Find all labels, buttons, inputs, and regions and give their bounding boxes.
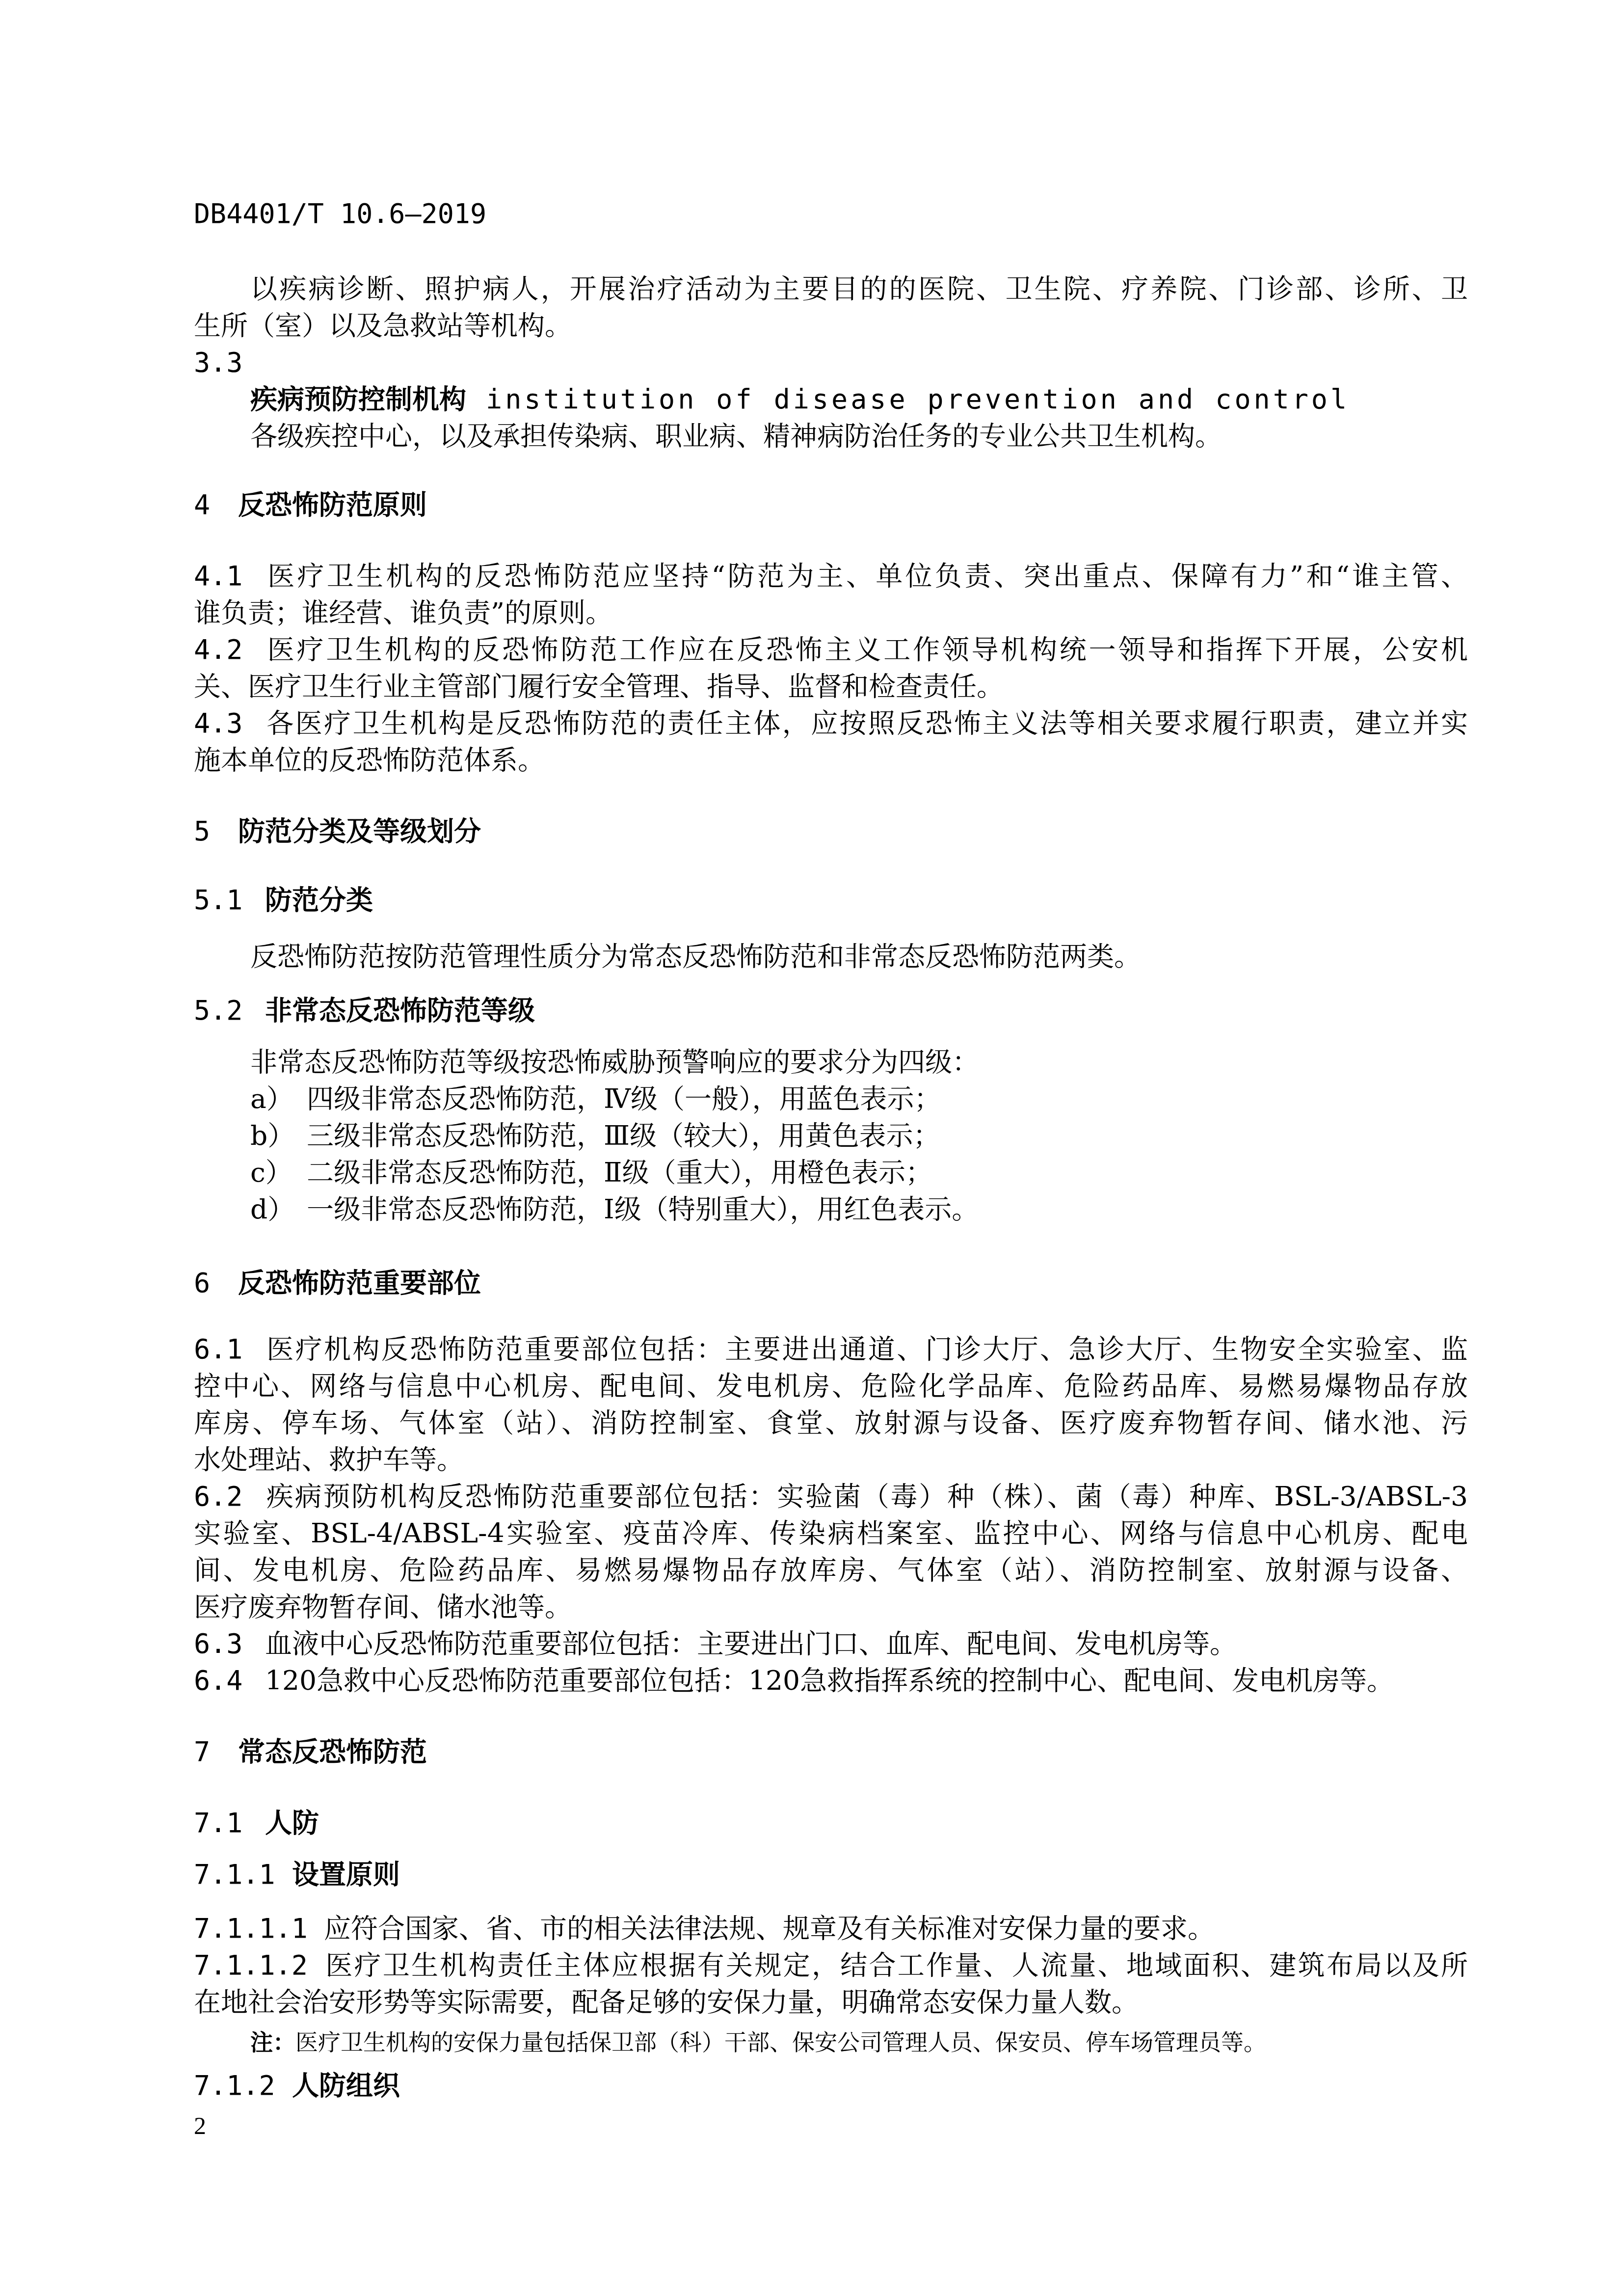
term-chinese: 疾病预防控制机构 xyxy=(250,383,466,415)
paragraph-line: 库房、停车场、气体室（站）、消防控制室、食堂、放射源与设备、医疗废弃物暂存间、储… xyxy=(194,1408,1468,1437)
paragraph-line: 实验室、BSL-4/ABSL-4实验室、疫苗冷库、传染病档案室、监控中心、网络与… xyxy=(194,1518,1468,1548)
page-number: 2 xyxy=(194,2111,1468,2140)
paragraph-line: 关、医疗卫生行业主管部门履行安全管理、指导、监督和检查责任。 xyxy=(194,672,1468,701)
subsection-heading-7-1-2: 7.1.2人防组织 xyxy=(194,2071,1468,2100)
subsection-heading-7-1-1: 7.1.1设置原则 xyxy=(194,1860,1468,1889)
clause-7-1-1-1: 7.1.1.1应符合国家、省、市的相关法律法规、规章及有关标准对安保力量的要求。 xyxy=(194,1914,1468,1943)
note-label: 注： xyxy=(250,2029,295,2055)
term-definition: 各级疾控中心，以及承担传染病、职业病、精神病防治任务的专业公共卫生机构。 xyxy=(250,421,1468,451)
clause-4-1: 4.1医疗卫生机构的反恐怖防范应坚持“防范为主、单位负责、突出重点、保障有力”和… xyxy=(194,561,1468,591)
subsection-heading-5-1: 5.1防范分类 xyxy=(194,885,1468,915)
clause-6-3: 6.3血液中心反恐怖防范重要部位包括：主要进出门口、血库、配电间、发电机房等。 xyxy=(194,1629,1468,1658)
term-english: institution of disease prevention and co… xyxy=(486,383,1350,415)
clause-6-1: 6.1医疗机构反恐怖防范重要部位包括：主要进出通道、门诊大厅、急诊大厅、生物安全… xyxy=(194,1334,1468,1364)
clause-number: 3.3 xyxy=(194,348,1468,377)
subsection-heading-7-1: 7.1人防 xyxy=(194,1808,1468,1837)
list-item: a）四级非常态反恐怖防范，Ⅳ级（一般），用蓝色表示； xyxy=(250,1084,1379,1113)
paragraph-line: 间、发电机房、危险药品库、易燃易爆物品存放库房、气体室（站）、消防控制室、放射源… xyxy=(194,1555,1468,1585)
section-heading-5: 5防范分类及等级划分 xyxy=(194,816,1468,846)
list-item: d）一级非常态反恐怖防范，Ⅰ级（特别重大），用红色表示。 xyxy=(250,1194,1379,1224)
clause-7-1-1-2: 7.1.1.2医疗卫生机构责任主体应根据有关规定，结合工作量、人流量、地域面积、… xyxy=(194,1950,1468,1980)
document-code: DB4401/T 10.6—2019 xyxy=(194,199,1468,228)
list-item: c）二级非常态反恐怖防范，Ⅱ级（重大），用橙色表示； xyxy=(250,1158,1379,1187)
clause-6-2: 6.2疾病预防机构反恐怖防范重要部位包括：实验菌（毒）种（株）、菌（毒）种库、B… xyxy=(194,1482,1468,1511)
clause-4-2: 4.2医疗卫生机构的反恐怖防范工作应在反恐怖主义工作领导机构统一领导和指挥下开展… xyxy=(194,635,1468,664)
paragraph-line: 反恐怖防范按防范管理性质分为常态反恐怖防范和非常态反恐怖防范两类。 xyxy=(250,942,1468,971)
subsection-heading-5-2: 5.2非常态反恐怖防范等级 xyxy=(194,996,1468,1025)
list-item: b）三级非常态反恐怖防范，Ⅲ级（较大），用黄色表示； xyxy=(250,1121,1379,1150)
clause-6-4: 6.4120急救中心反恐怖防范重要部位包括：120急救指挥系统的控制中心、配电间… xyxy=(194,1666,1468,1695)
paragraph-line: 生所（室）以及急救站等机构。 xyxy=(194,311,1468,340)
paragraph-line: 谁负责；谁经营、谁负责”的原则。 xyxy=(194,598,1468,627)
section-heading-6: 6反恐怖防范重要部位 xyxy=(194,1268,1468,1297)
paragraph-line: 水处理站、救护车等。 xyxy=(194,1445,1468,1474)
paragraph-line: 在地社会治安形势等实际需要，配备足够的安保力量，明确常态安保力量人数。 xyxy=(194,1987,1468,2017)
paragraph-line: 非常态反恐怖防范等级按恐怖威胁预警响应的要求分为四级： xyxy=(250,1047,1468,1077)
paragraph-line: 医疗废弃物暂存间、储水池等。 xyxy=(194,1592,1468,1621)
paragraph-line: 以疾病诊断、照护病人，开展治疗活动为主要目的的医院、卫生院、疗养院、门诊部、诊所… xyxy=(250,274,1468,303)
term-heading: 疾病预防控制机构institution of disease preventio… xyxy=(250,384,1468,414)
note: 注：医疗卫生机构的安保力量包括保卫部（科）干部、保安公司管理人员、保安员、停车场… xyxy=(250,2027,1524,2057)
paragraph-line: 控中心、网络与信息中心机房、配电间、发电机房、危险化学品库、危险药品库、易燃易爆… xyxy=(194,1371,1468,1401)
section-heading-4: 4反恐怖防范原则 xyxy=(194,490,1468,519)
paragraph-line: 施本单位的反恐怖防范体系。 xyxy=(194,745,1468,775)
clause-4-3: 4.3各医疗卫生机构是反恐怖防范的责任主体，应按照反恐怖主义法等相关要求履行职责… xyxy=(194,708,1468,738)
section-heading-7: 7常态反恐怖防范 xyxy=(194,1737,1468,1766)
